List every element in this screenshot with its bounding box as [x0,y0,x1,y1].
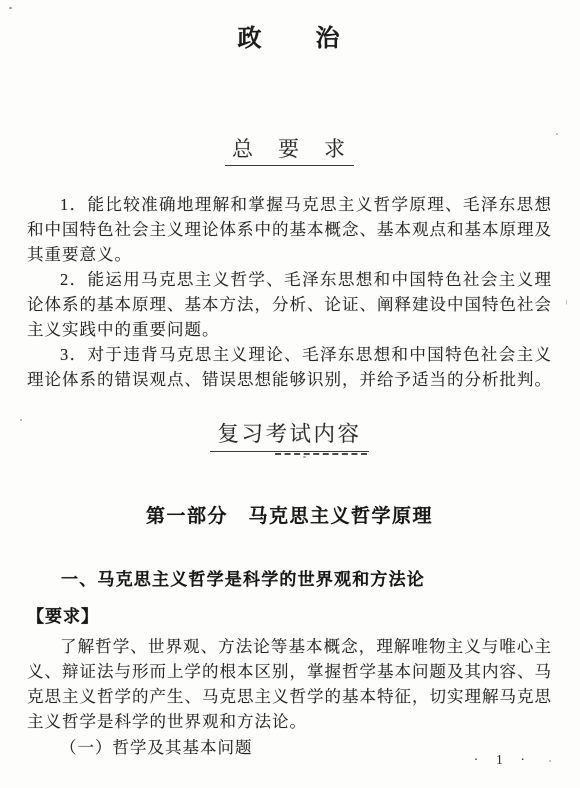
underline-dash-fragment [275,453,367,455]
general-requirements-heading: 总 要 求 [225,136,354,166]
scan-speck [549,760,551,762]
general-requirement-item-1: 1．能比较准确地理解和掌握马克思主义哲学原理、毛泽东思想和中国特色社会主义理论体… [27,192,552,267]
general-requirements-list: 1．能比较准确地理解和掌握马克思主义哲学原理、毛泽东思想和中国特色社会主义理论体… [27,192,552,392]
scan-speck [566,299,567,305]
requirements-label: 【要求】 [27,607,552,627]
part-one-title: 第一部分 马克思主义哲学原理 [27,505,552,528]
scan-speck [556,133,558,135]
requirements-paragraph: 了解哲学、世界观、方法论等基本概念，理解唯物主义与唯心主义、辩证法与形而上学的根… [27,634,552,734]
general-requirements-heading-row: 总 要 求 [27,136,552,166]
general-requirement-item-2: 2．能运用马克思主义哲学、毛泽东思想和中国特色社会主义理论体系的基本原理、基本方… [27,267,552,342]
review-content-heading-row: 复习考试内容 [27,421,552,452]
page-number: · 1 · [474,753,532,769]
section-one-title: 一、马克思主义哲学是科学的世界观和方法论 [27,569,552,590]
scan-speck [20,419,22,421]
scan-speck [303,456,306,458]
review-content-heading: 复习考试内容 [210,421,368,452]
scan-speck [9,7,12,9]
general-requirement-item-3: 3．对于违背马克思主义理论、毛泽东思想和中国特色社会主义理论体系的错误观点、错误… [27,342,552,392]
scanned-page: 政 治 总 要 求 1．能比较准确地理解和掌握马克思主义哲学原理、毛泽东思想和中… [0,0,580,788]
page-title: 政 治 [27,24,552,54]
